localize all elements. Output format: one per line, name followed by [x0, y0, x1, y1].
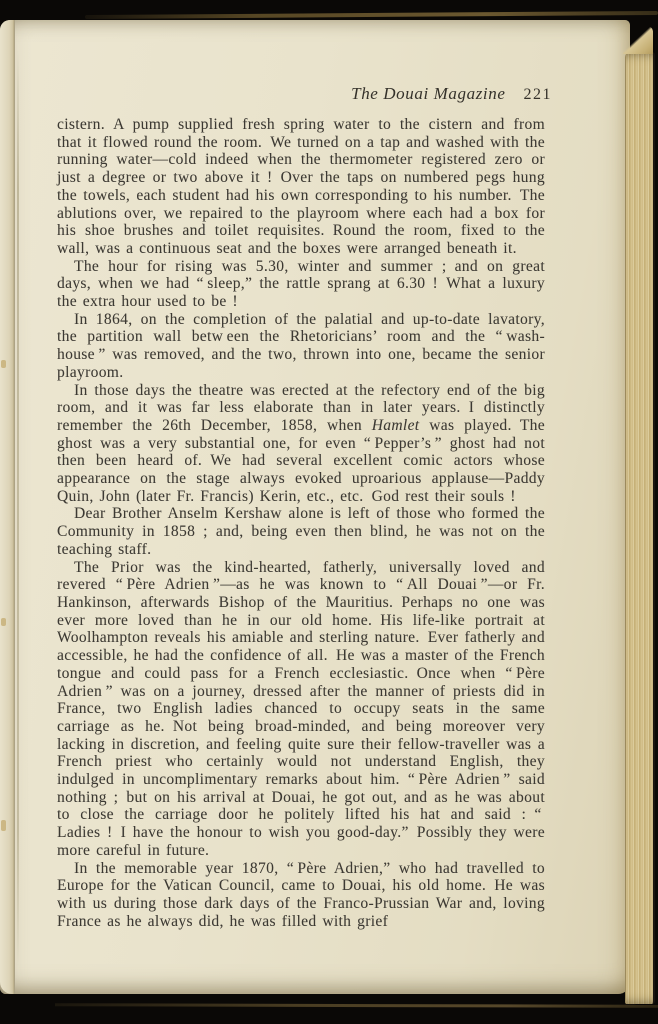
paragraph: cistern. A pump supplied fresh spring wa… — [57, 116, 545, 258]
page-gutter — [0, 20, 15, 994]
running-head: The Douai Magazine 221 — [351, 84, 552, 104]
page-text: cistern. A pump supplied fresh spring wa… — [57, 116, 545, 930]
book-cover-top-edge — [85, 11, 658, 19]
fore-edge-top-corner — [623, 26, 653, 54]
book-cover-bottom-edge — [55, 1003, 658, 1008]
text-run: In the memorable year 1870, “ Père Adrie… — [57, 860, 545, 930]
text-run: cistern. A pump supplied fresh spring wa… — [57, 116, 545, 257]
page-number: 221 — [524, 86, 553, 103]
paragraph: The Prior was the kind-hearted, fatherly… — [57, 559, 545, 860]
text-run: Dear Brother Anselm Kershaw alone is lef… — [57, 505, 545, 557]
magazine-title: The Douai Magazine — [351, 84, 505, 103]
paragraph: In those days the theatre was erected at… — [57, 382, 545, 506]
gutter-crease — [17, 50, 19, 968]
text-run: The hour for rising was 5.30, winter and… — [57, 258, 545, 310]
text-run: The Prior was the kind-hearted, fatherly… — [57, 559, 545, 859]
page-edge-speck — [1, 618, 6, 626]
paragraph: In the memorable year 1870, “ Père Adrie… — [57, 860, 545, 931]
italic-text-run: Hamlet — [372, 417, 420, 434]
paragraph: Dear Brother Anselm Kershaw alone is lef… — [57, 505, 545, 558]
text-run: In 1864, on the completion of the palati… — [57, 311, 545, 381]
page-edge-speck — [1, 360, 6, 368]
page-edge-speck — [1, 820, 6, 831]
paragraph: The hour for rising was 5.30, winter and… — [57, 258, 545, 311]
paragraph: In 1864, on the completion of the palati… — [57, 311, 545, 382]
fore-edge-pages — [625, 52, 655, 1004]
book-page: The Douai Magazine 221 cistern. A pump s… — [0, 20, 630, 994]
book-photo: The Douai Magazine 221 cistern. A pump s… — [0, 0, 658, 1024]
